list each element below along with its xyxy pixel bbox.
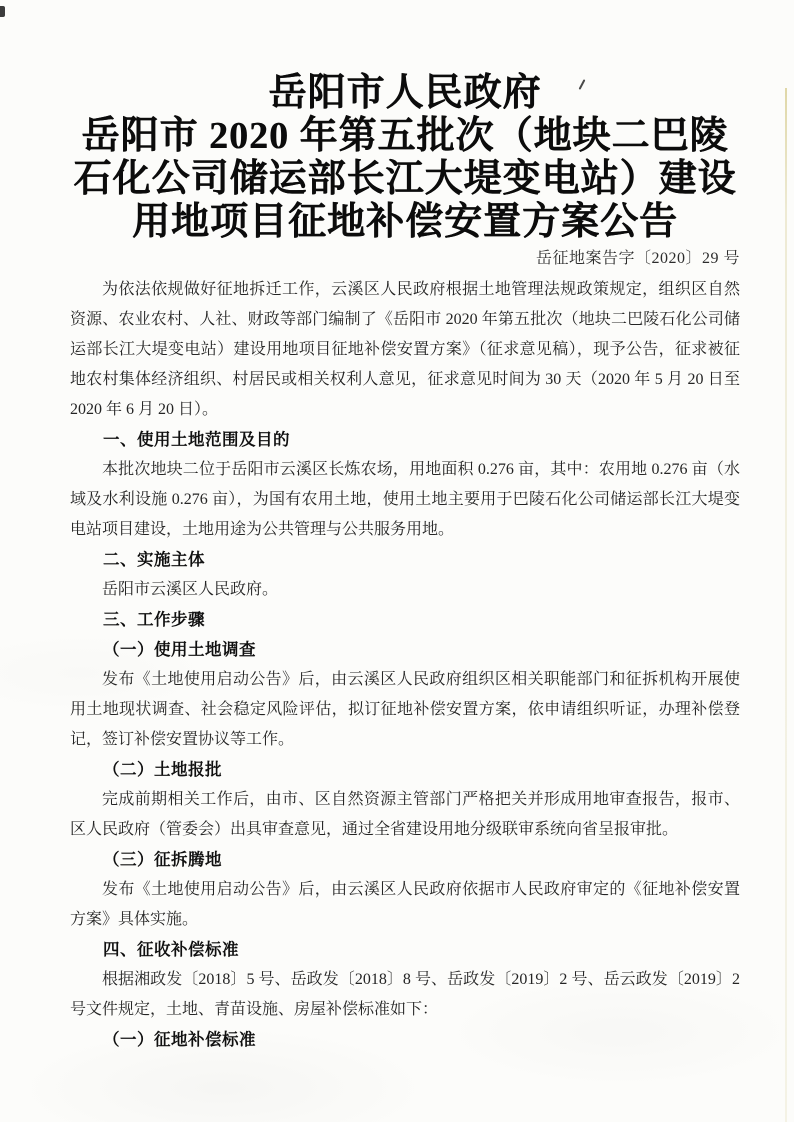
title-line-4: 用地项目征地补偿安置方案公告	[70, 201, 740, 244]
subsection-heading-3-2: （二）土地报批	[70, 755, 740, 785]
document-title: 岳阳市人民政府 岳阳市 2020 年第五批次（地块二巴陵 石化公司储运部长江大堤…	[70, 72, 740, 244]
section-heading-4: 四、征收补偿标准	[70, 935, 740, 965]
section-heading-3: 三、工作步骤	[70, 605, 740, 635]
document-content: 岳阳市人民政府 岳阳市 2020 年第五批次（地块二巴陵 石化公司储运部长江大堤…	[0, 0, 794, 1055]
paragraph-land-clearance: 发布《土地使用启动公告》后，由云溪区人民政府依据市人民政府审定的《征地补偿安置方…	[70, 875, 740, 935]
section-heading-1: 一、使用土地范围及目的	[70, 425, 740, 455]
paragraph-intro: 为依法依规做好征地拆迁工作，云溪区人民政府根据土地管理法规政策规定，组织区自然资…	[70, 275, 740, 425]
scan-edge-line-artifact	[785, 88, 787, 1122]
subsection-heading-3-1: （一）使用土地调查	[70, 635, 740, 665]
paragraph-implementer: 岳阳市云溪区人民政府。	[70, 575, 740, 605]
paragraph-land-approval: 完成前期相关工作后，由市、区自然资源主管部门严格把关并形成用地审查报告，报市、区…	[70, 785, 740, 845]
subsection-heading-3-3: （三）征拆腾地	[70, 845, 740, 875]
subsection-heading-4-1: （一）征地补偿标准	[70, 1025, 740, 1055]
section-heading-2: 二、实施主体	[70, 545, 740, 575]
scan-corner-artifact	[0, 6, 5, 17]
title-line-2: 岳阳市 2020 年第五批次（地块二巴陵	[70, 115, 740, 158]
document-page: 岳阳市人民政府 岳阳市 2020 年第五批次（地块二巴陵 石化公司储运部长江大堤…	[0, 0, 794, 1122]
title-line-1: 岳阳市人民政府	[70, 72, 740, 115]
document-number: 岳征地案告字〔2020〕29 号	[70, 248, 740, 270]
document-body: 为依法依规做好征地拆迁工作，云溪区人民政府根据土地管理法规政策规定，组织区自然资…	[70, 275, 740, 1055]
paragraph-land-scope: 本批次地块二位于岳阳市云溪区长炼农场，用地面积 0.276 亩，其中：农用地 0…	[70, 455, 740, 545]
paragraph-land-survey: 发布《土地使用启动公告》后，由云溪区人民政府组织区相关职能部门和征拆机构开展使用…	[70, 665, 740, 755]
paragraph-compensation-basis: 根据湘政发〔2018〕5 号、岳政发〔2018〕8 号、岳政发〔2019〕2 号…	[70, 965, 740, 1025]
title-line-3: 石化公司储运部长江大堤变电站）建设	[70, 158, 740, 201]
